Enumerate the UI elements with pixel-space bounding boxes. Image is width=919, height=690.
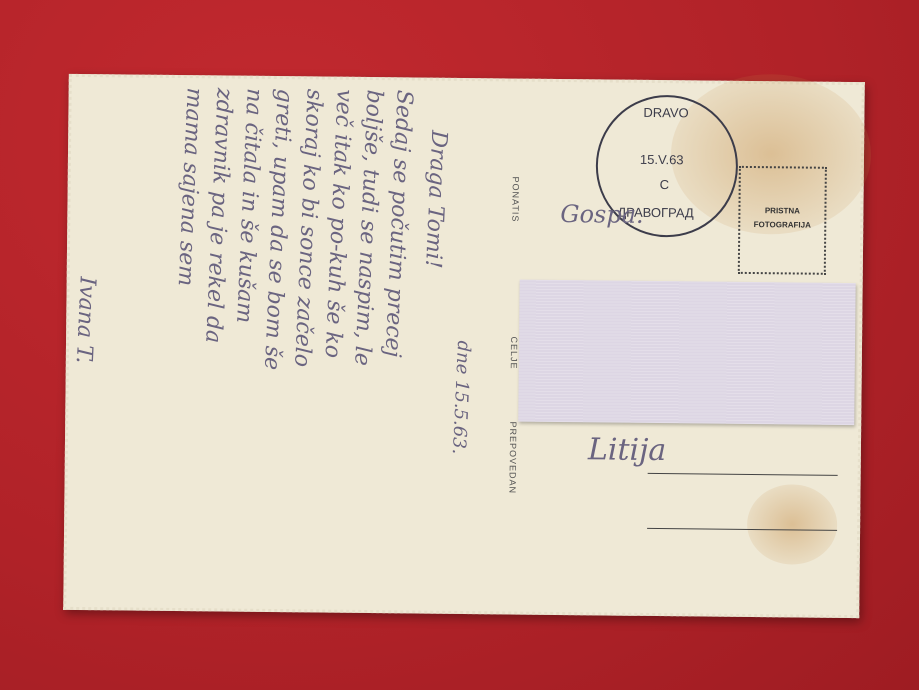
- photo-box-line2: FOTOGRAFIJA: [740, 220, 824, 230]
- letter-greeting: Draga Tomi!: [420, 130, 451, 269]
- postmark-top: DRAVO: [643, 105, 688, 120]
- address-salutation: Gospa.: [560, 200, 644, 229]
- signature: Ivana T.: [71, 276, 100, 364]
- print-celje: CELJE: [509, 336, 519, 369]
- postmark-date: 15.V.63: [640, 152, 684, 167]
- address-line: [648, 473, 838, 476]
- address-place: Litija: [588, 432, 667, 468]
- letter-date: dne 15.5.63.: [448, 340, 474, 455]
- postcard: Draga Tomi! Sedaj se počutim precej bolj…: [63, 74, 865, 618]
- print-ponatis: PONATIS: [510, 176, 520, 222]
- print-prepovedan: PREPOVEDAN: [507, 421, 518, 494]
- postmark-letter: C: [660, 177, 670, 192]
- stain: [747, 484, 838, 565]
- photo-box-line1: PRISTNA: [740, 206, 824, 216]
- letter-line: mama sajena sem: [173, 87, 207, 287]
- photo-box: PRISTNA FOTOGRAFIJA: [738, 166, 827, 275]
- letter-line: na čitala in še kušam: [231, 88, 267, 324]
- letter-line: Sedaj se počutim precej: [380, 89, 417, 358]
- address-label-sticker: [518, 280, 855, 426]
